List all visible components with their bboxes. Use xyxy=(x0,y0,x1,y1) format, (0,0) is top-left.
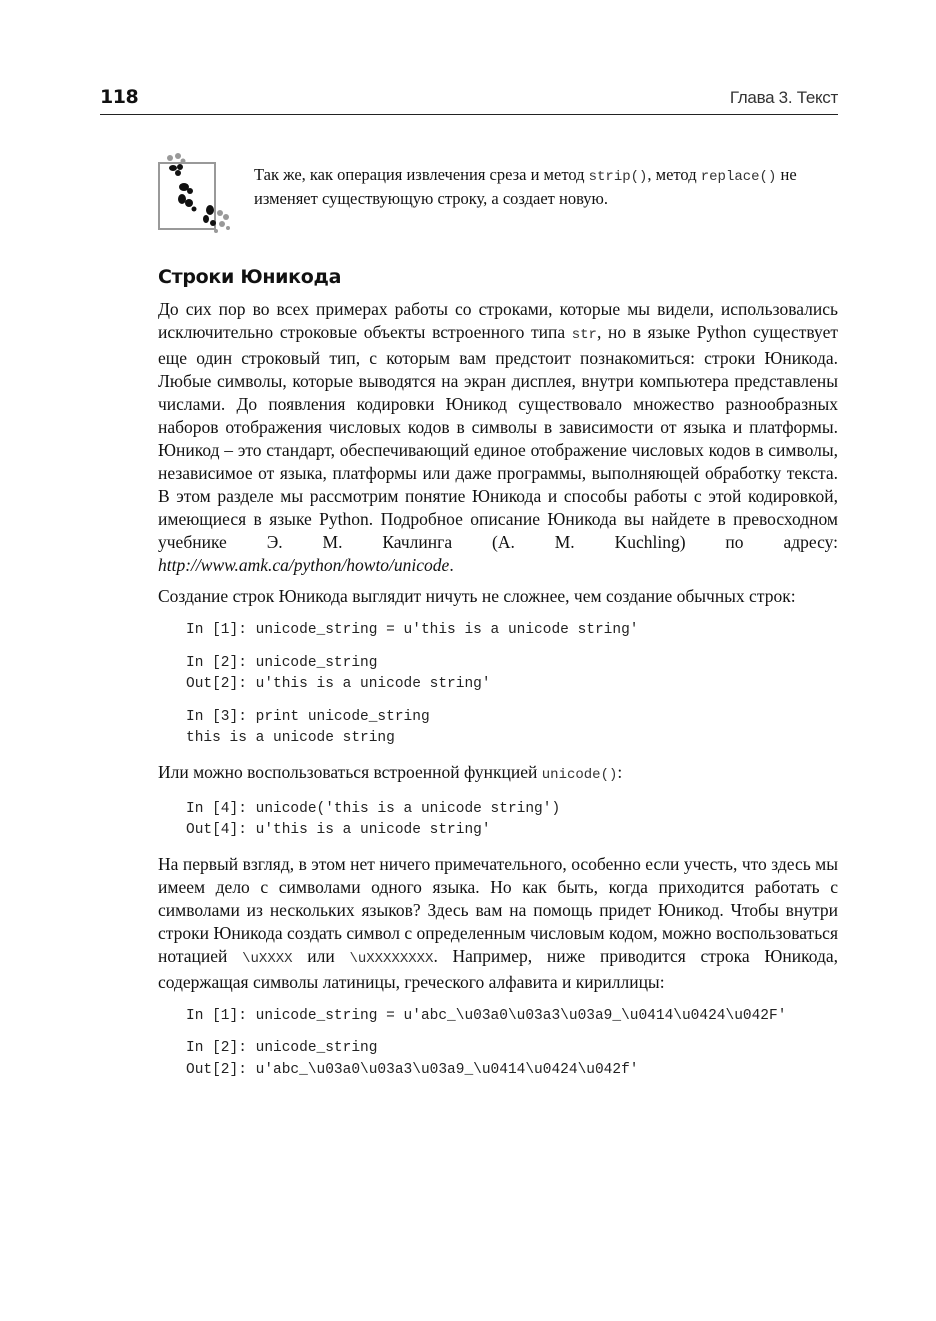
inline-code: strip() xyxy=(589,169,648,185)
page-number: 118 xyxy=(100,86,138,108)
note-text-part: Так же, как операция извлечения среза и … xyxy=(254,165,589,184)
paragraph-builtin: Или можно воспользоваться встроенной фун… xyxy=(158,761,838,787)
inline-code: \uXXXX xyxy=(242,951,292,967)
code-block-2: In [4]: unicode('this is a unicode strin… xyxy=(158,799,838,842)
code-snippet: In [1]: unicode_string = u'abc_\u03a0\u0… xyxy=(186,1006,838,1028)
code-snippet: In [2]: unicode_string Out[2]: u'this is… xyxy=(186,653,838,696)
paragraph-text: , но в языке Python существует еще один … xyxy=(158,322,838,552)
paragraph-text: . xyxy=(449,555,453,575)
note-text: Так же, как операция извлечения среза и … xyxy=(254,164,854,209)
paragraph-intro: До сих пор во всех примерах работы со ст… xyxy=(158,298,838,577)
paw-prints-icon xyxy=(156,153,236,235)
tip-note: Так же, как операция извлечения среза и … xyxy=(156,153,816,235)
inline-code: unicode() xyxy=(542,767,618,783)
inline-code: str xyxy=(572,327,597,343)
paragraph-create: Создание строк Юникода выглядит ничуть н… xyxy=(158,585,838,608)
section-title: Строки Юникода xyxy=(158,266,838,288)
url-link[interactable]: http://www.amk.ca/python/howto/unicode xyxy=(158,555,449,575)
section-content: Строки Юникода До сих пор во всех пример… xyxy=(158,266,838,1092)
paragraph-notation: На первый взгляд, в этом нет ничего прим… xyxy=(158,853,838,994)
code-snippet: In [2]: unicode_string Out[2]: u'abc_\u0… xyxy=(186,1038,838,1081)
code-block-3: In [1]: unicode_string = u'abc_\u03a0\u0… xyxy=(158,1006,838,1082)
code-snippet: In [4]: unicode('this is a unicode strin… xyxy=(186,799,838,842)
running-head: Глава 3. Текст xyxy=(730,88,838,108)
paragraph-text: Или можно воспользоваться встроенной фун… xyxy=(158,762,542,782)
code-block-1: In [1]: unicode_string = u'this is a uni… xyxy=(158,620,838,750)
code-snippet: In [1]: unicode_string = u'this is a uni… xyxy=(186,620,838,642)
page-header: 118 Глава 3. Текст xyxy=(100,84,838,115)
inline-code: replace() xyxy=(701,169,777,185)
paragraph-text: : xyxy=(617,762,622,782)
note-text-part: , метод xyxy=(647,165,700,184)
code-snippet: In [3]: print unicode_string this is a u… xyxy=(186,707,838,750)
inline-code: \uXXXXXXXX xyxy=(349,951,433,967)
paragraph-text: или xyxy=(293,946,350,966)
